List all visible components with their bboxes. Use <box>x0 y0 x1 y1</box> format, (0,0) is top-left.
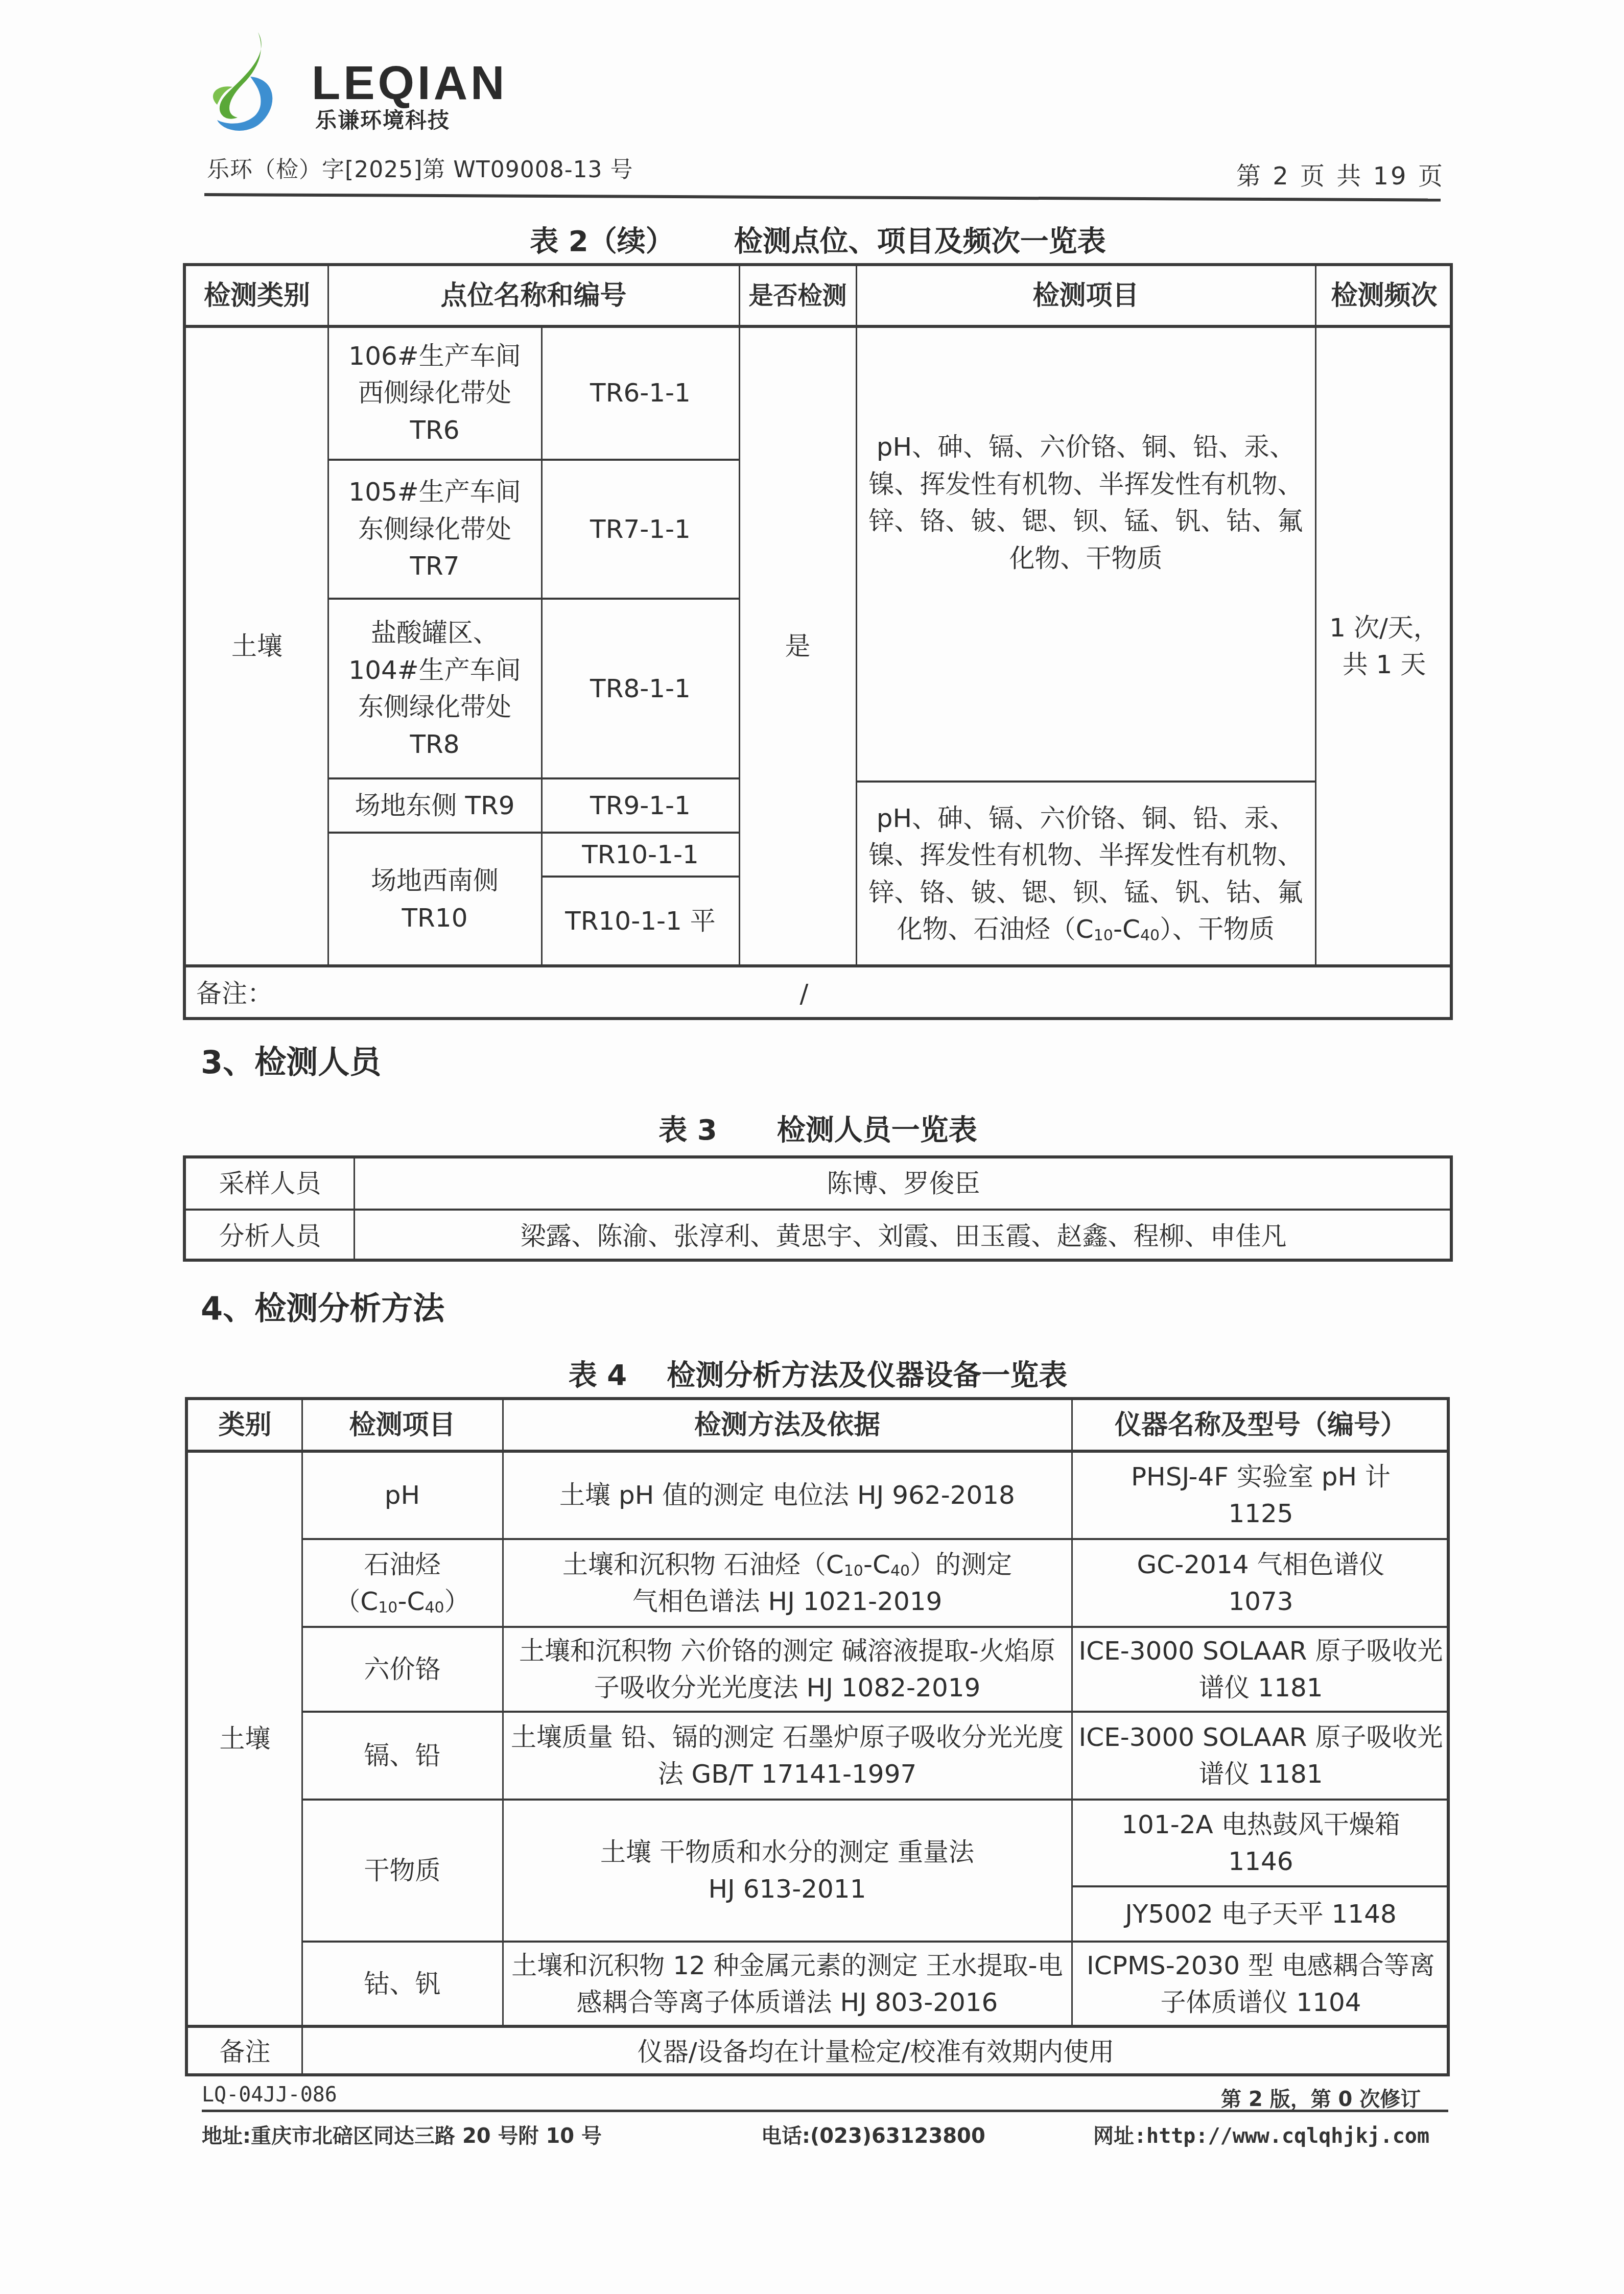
t4-instrument: ICE-3000 SOLAAR 原子吸收光谱仪 1181 <box>1072 1712 1450 1800</box>
t2-point-code: TR10-1-1 平 <box>542 877 739 966</box>
t4-remark-value: 仪器/设备均在计量检定/校准有效期内使用 <box>302 2028 1450 2076</box>
method-text: 气相色谱法 HJ 1021-2019 <box>632 1587 943 1616</box>
method-text: -C <box>863 1550 890 1579</box>
subscript: 40 <box>890 1562 910 1579</box>
t4-item: 六价铬 <box>302 1627 503 1712</box>
t2-header-frequency: 检测频次 <box>1315 266 1453 326</box>
divider <box>1071 1400 1073 2026</box>
item-text: 石油烃 <box>364 1550 440 1579</box>
t2-detect-value: 是 <box>739 326 856 966</box>
section3-heading: 3、检测人员 <box>201 1037 381 1082</box>
logo-chinese-name: 乐谦环境科技 <box>315 110 450 131</box>
t4-header-item: 检测项目 <box>302 1400 503 1451</box>
divider <box>739 266 740 966</box>
subscript: 10 <box>378 1599 397 1617</box>
footer-rule <box>202 2110 1448 2112</box>
t4-item: 干物质 <box>302 1800 503 1942</box>
t2-point-name: 场地东侧 TR9 <box>328 778 542 833</box>
t3-label-sampling: 采样人员 <box>186 1158 354 1209</box>
t4-item: 钴、钒 <box>302 1942 503 2026</box>
t4-method: 土壤质量 铅、镉的测定 石墨炉原子吸收分光光度法 GB/T 17141-1997 <box>503 1712 1072 1800</box>
method-text: 土壤和沉积物 石油烃（C <box>562 1550 844 1579</box>
t2-point-name: 106#生产车间 西侧绿化带处 TR6 <box>328 326 542 460</box>
t4-header-method: 检测方法及依据 <box>503 1400 1072 1451</box>
leqian-logo-icon <box>202 28 289 135</box>
t4-category: 土壤 <box>188 1451 302 2026</box>
t2-remark-value: / <box>278 967 1330 1020</box>
t4-method: 土壤和沉积物 六价铬的测定 碱溶液提取-火焰原子吸收分光光度法 HJ 1082-… <box>503 1627 1072 1712</box>
page-indicator: 第 2 页 共 19 页 <box>1236 156 1445 192</box>
divider <box>541 326 543 966</box>
table3-personnel: 采样人员 陈博、罗俊臣 分析人员 梁露、陈渝、张淳利、黄思宇、刘霞、田玉霞、赵鑫… <box>183 1155 1453 1262</box>
t2-point-code: TR6-1-1 <box>542 326 739 460</box>
item-text: -C <box>397 1587 425 1616</box>
divider <box>1315 266 1316 966</box>
t4-instrument: GC-2014 气相色谱仪 1073 <box>1072 1539 1450 1627</box>
form-code: LQ-04JJ-086 <box>202 2083 337 2107</box>
divider <box>354 1158 355 1262</box>
items-text: -C <box>1113 914 1140 944</box>
t4-instrument: PHSJ-4F 实验室 pH 计 1125 <box>1072 1451 1450 1539</box>
divider <box>301 1400 303 2076</box>
item-text: ） <box>444 1587 470 1616</box>
company-website[interactable]: 网址:http://www.cqlqhjkj.com <box>1093 2120 1429 2149</box>
t2-frequency-value: 1 次/天， 共 1 天 <box>1315 326 1453 966</box>
t2-items-group2: pH、砷、镉、六价铬、铜、铅、汞、镍、挥发性有机物、半挥发性有机物、锌、铬、铍、… <box>856 782 1315 966</box>
t3-value-sampling: 陈博、罗俊臣 <box>354 1158 1453 1209</box>
t2-header-point: 点位名称和编号 <box>328 266 739 326</box>
t2-remark-label: 备注： <box>186 967 278 1020</box>
t4-item: 石油烃（C10-C40） <box>302 1539 503 1627</box>
revision-info: 第 2 版，第 0 次修订 <box>1221 2083 1421 2112</box>
t4-method: 土壤 pH 值的测定 电位法 HJ 962-2018 <box>503 1451 1072 1539</box>
t2-point-name: 105#生产车间 东侧绿化带处 TR7 <box>328 460 542 599</box>
t2-category: 土壤 <box>186 326 328 966</box>
table2-sampling-points: 检测类别 点位名称和编号 是否检测 检测项目 检测频次 土壤 106#生产车间 … <box>183 263 1453 1020</box>
divider <box>856 266 857 966</box>
t2-point-name: 盐酸罐区、 104#生产车间 东侧绿化带处 TR8 <box>328 599 542 778</box>
company-logo: LEQIAN 乐谦环境科技 <box>202 28 508 135</box>
subscript: 10 <box>1094 927 1113 944</box>
t2-items-group1: pH、砷、镉、六价铬、铜、铅、汞、镍、挥发性有机物、半挥发性有机物、锌、铬、铍、… <box>856 326 1315 781</box>
company-phone: 电话:(023)63123800 <box>761 2120 985 2149</box>
table4-methods: 类别 检测项目 检测方法及依据 仪器名称及型号（编号） 土壤 pH 土壤 pH … <box>185 1397 1450 2076</box>
t4-header-category: 类别 <box>188 1400 302 1451</box>
method-text: ）的测定 <box>910 1550 1012 1579</box>
t4-instrument: 101-2A 电热鼓风干燥箱 1146 <box>1072 1800 1450 1886</box>
t4-method: 土壤和沉积物 石油烃（C10-C40）的测定气相色谱法 HJ 1021-2019 <box>503 1539 1072 1627</box>
t4-item: 镉、铅 <box>302 1712 503 1800</box>
t3-value-analysis: 梁露、陈渝、张淳利、黄思宇、刘霞、田玉霞、赵鑫、程柳、申佳凡 <box>354 1211 1453 1262</box>
t4-instrument: ICPMS-2030 型 电感耦合等离子体质谱仪 1104 <box>1072 1942 1450 2026</box>
t4-method: 土壤和沉积物 12 种金属元素的测定 王水提取-电感耦合等离子体质谱法 HJ 8… <box>503 1942 1072 2026</box>
header-rule <box>204 193 1441 202</box>
subscript: 40 <box>425 1599 444 1617</box>
t2-header-category: 检测类别 <box>186 266 328 326</box>
divider <box>327 266 329 966</box>
table4-caption: 表 4 检测分析方法及仪器设备一览表 <box>183 1353 1453 1393</box>
divider <box>502 1400 504 2026</box>
t2-point-code: TR8-1-1 <box>542 599 739 778</box>
t2-header-items: 检测项目 <box>856 266 1315 326</box>
section4-heading: 4、检测分析方法 <box>201 1283 444 1329</box>
subscript: 40 <box>1140 927 1160 944</box>
t2-point-code: TR9-1-1 <box>542 778 739 833</box>
t2-point-code: TR7-1-1 <box>542 460 739 599</box>
table2-caption: 表 2（续） 检测点位、项目及频次一览表 <box>183 219 1453 259</box>
items-text: ）、干物质 <box>1160 914 1275 944</box>
document-number: 乐环（检）字[2025]第 WT09008-13 号 <box>207 151 633 184</box>
t3-label-analysis: 分析人员 <box>186 1211 354 1262</box>
t2-header-detect: 是否检测 <box>739 266 856 326</box>
logo-wordmark: LEQIAN <box>312 60 508 107</box>
t4-instrument: JY5002 电子天平 1148 <box>1072 1886 1450 1942</box>
t2-point-code: TR10-1-1 <box>542 833 739 877</box>
table3-caption: 表 3 检测人员一览表 <box>183 1107 1453 1148</box>
t4-item: pH <box>302 1451 503 1539</box>
t4-header-instrument: 仪器名称及型号（编号） <box>1072 1400 1450 1451</box>
item-text: （C <box>335 1587 378 1616</box>
subscript: 10 <box>844 1562 863 1579</box>
t2-point-name: 场地西南侧 TR10 <box>328 833 542 966</box>
t4-instrument: ICE-3000 SOLAAR 原子吸收光谱仪 1181 <box>1072 1627 1450 1712</box>
company-address: 地址:重庆市北碚区同达三路 20 号附 10 号 <box>202 2120 602 2149</box>
t4-method: 土壤 干物质和水分的测定 重量法 HJ 613-2011 <box>503 1800 1072 1942</box>
t4-remark-label: 备注 <box>188 2028 302 2076</box>
